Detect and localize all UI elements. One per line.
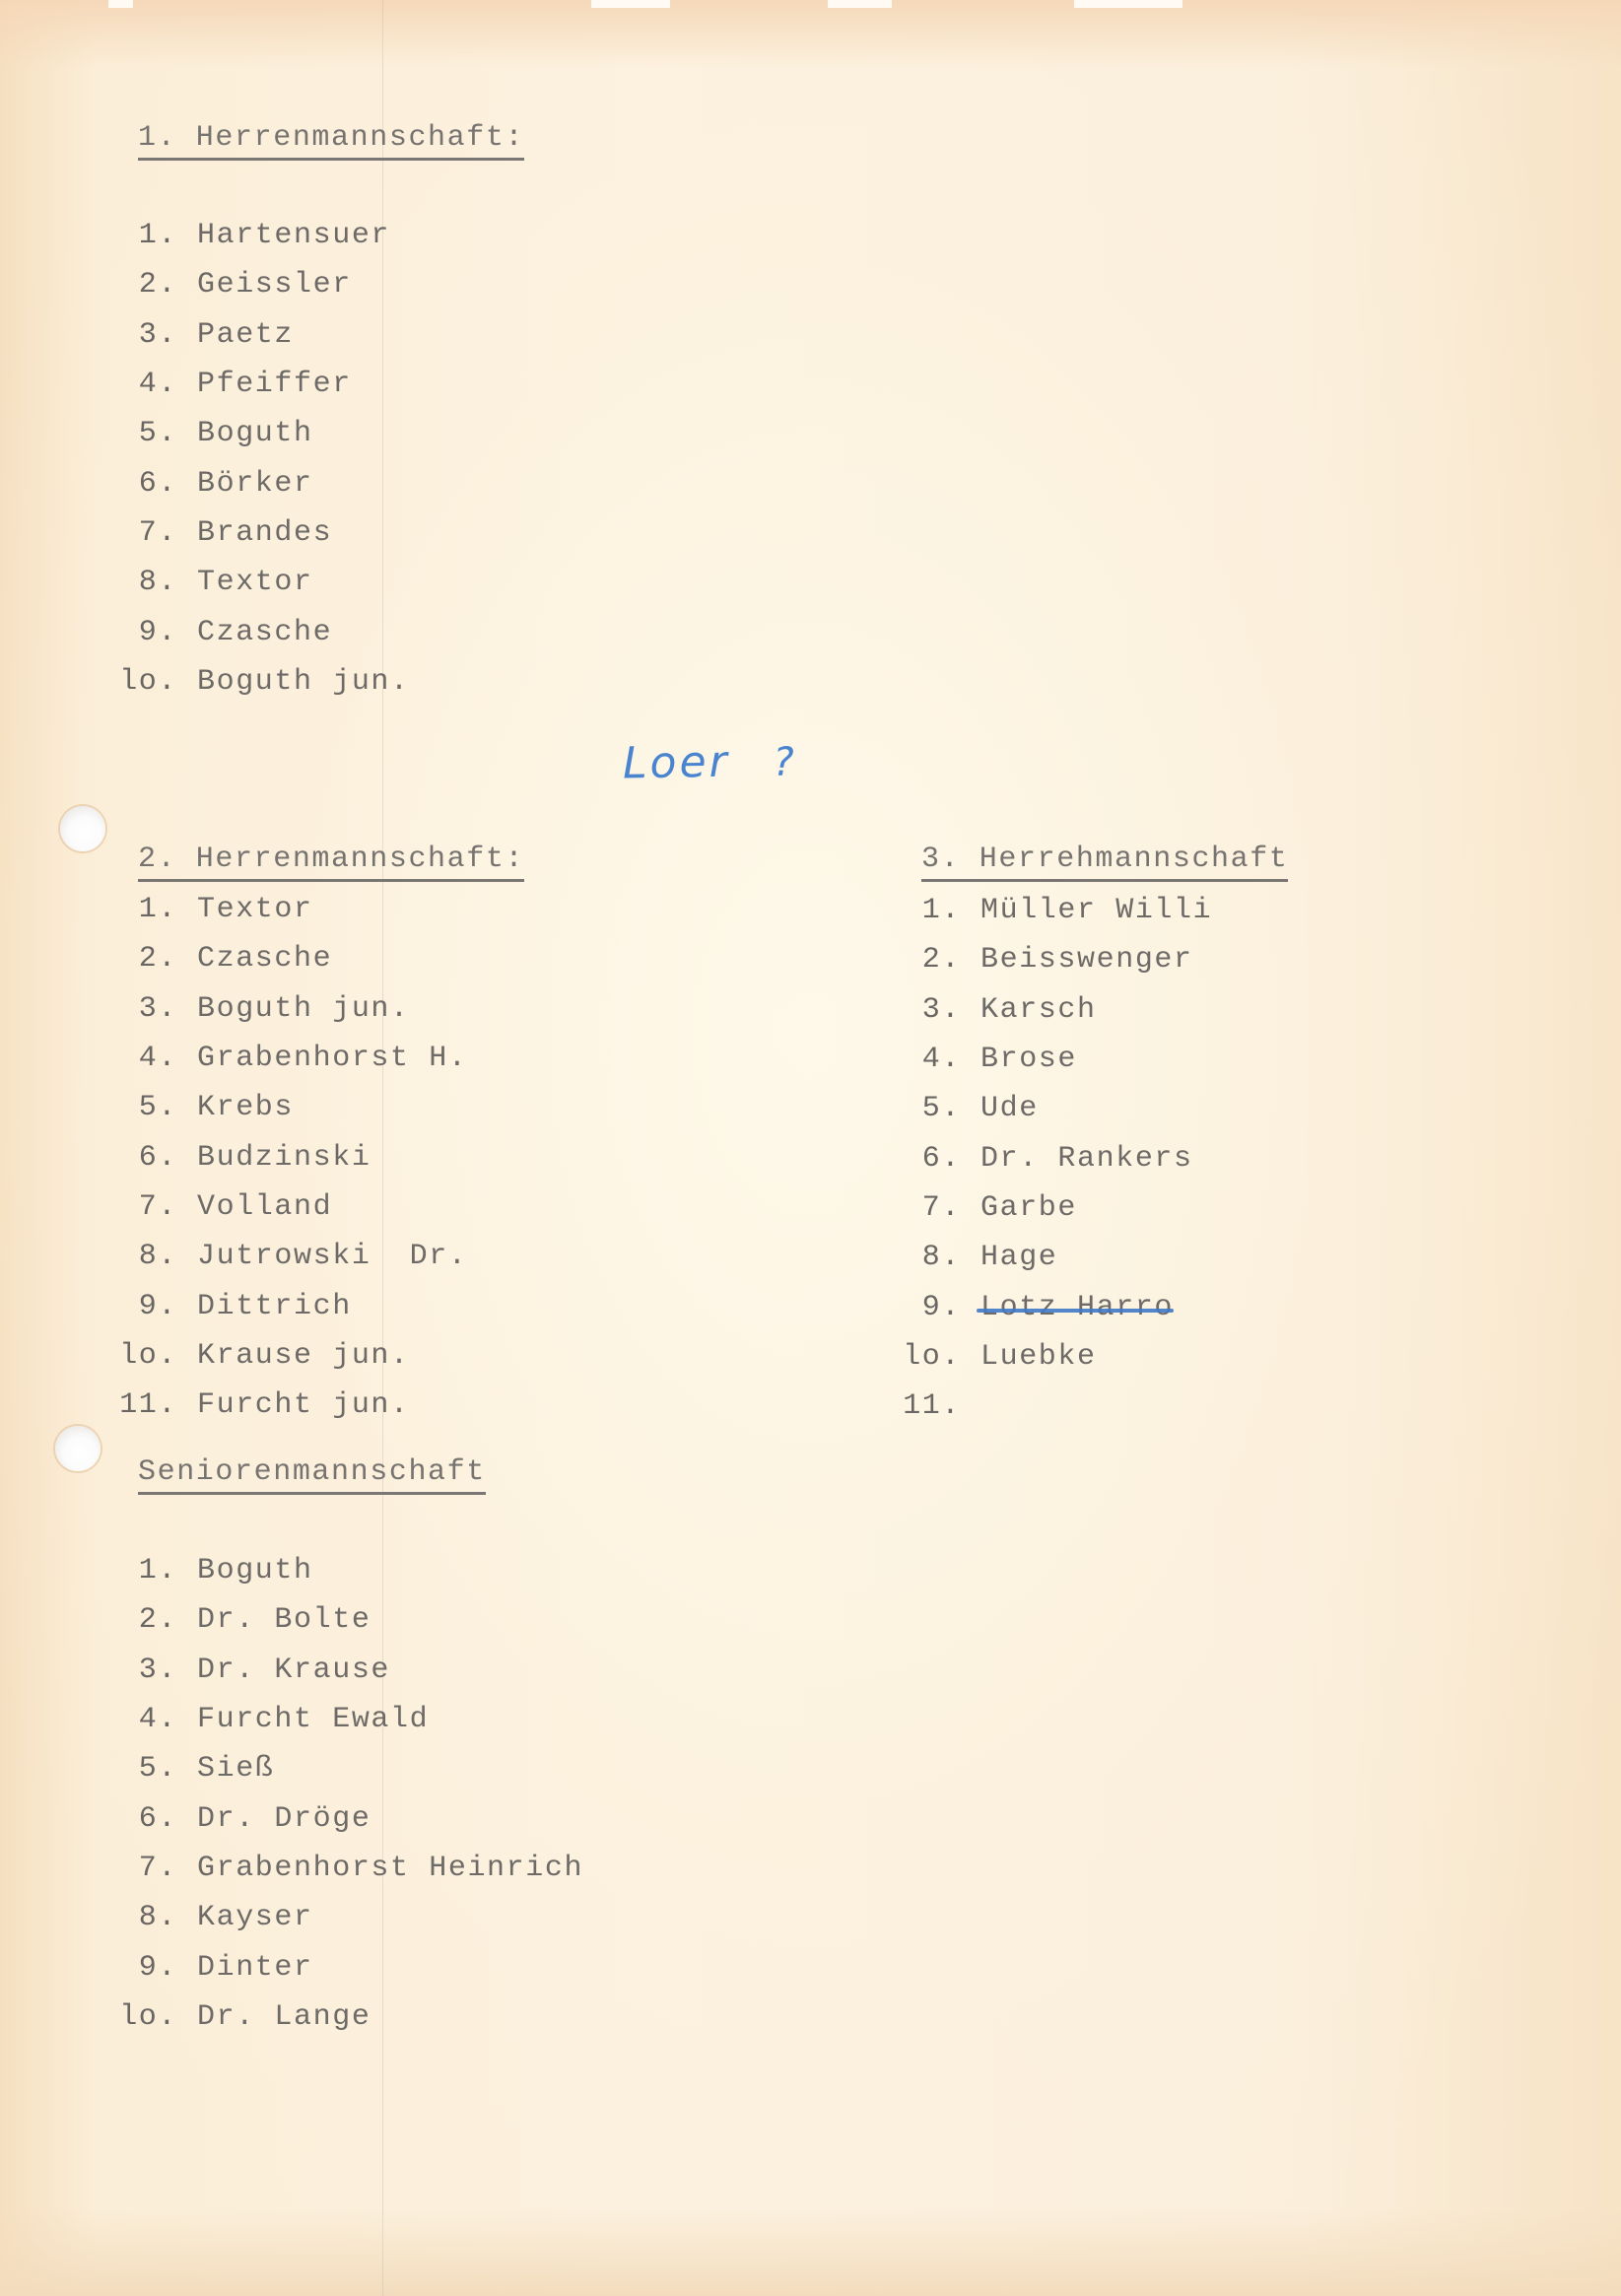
item-number: 3. [99,1654,177,1687]
list-item: 8.Jutrowski Dr. [99,1232,467,1281]
item-number: 6. [99,467,177,501]
list-item: 7.Grabenhorst Heinrich [99,1844,583,1893]
item-number: 3. [882,993,961,1027]
item-number: lo. [882,1340,961,1374]
player-name: Jutrowski Dr. [197,1240,467,1273]
list-item: 7.Garbe [882,1183,1212,1233]
punch-hole-icon [60,806,105,851]
player-name: Dr. Lange [197,2000,371,2034]
item-number: 9. [882,1291,961,1324]
list-item: 4.Furcht Ewald [99,1695,583,1744]
item-number: 2. [99,942,177,976]
list-item: lo.Krause jun. [99,1331,467,1381]
item-number: 11. [882,1389,961,1423]
item-number: 3. [99,318,177,352]
player-name: Czasche [197,942,332,976]
list-item: lo.Luebke [882,1332,1212,1382]
list-item-struck: 9.Lotz Harro [882,1282,1212,1331]
seniors-heading: Seniorenmannschaft [138,1452,486,1495]
list-item: 5.Sieß [99,1744,583,1793]
player-name: Furcht Ewald [197,1703,429,1736]
item-number: 7. [99,1190,177,1224]
player-name: Hartensuer [197,219,390,252]
player-name: Budzinski [197,1141,371,1175]
player-name: Brandes [197,516,332,550]
item-number: 11. [99,1388,177,1422]
player-name: Sieß [197,1752,274,1786]
item-number: 7. [99,1852,177,1885]
player-name: Müller Willi [980,894,1212,927]
list-item: lo.Boguth jun. [99,657,410,707]
item-number: 5. [882,1092,961,1125]
list-item: 4.Brose [882,1035,1212,1084]
item-number: 8. [882,1241,961,1274]
item-number: 1. [99,219,177,252]
player-name: Dittrich [197,1290,352,1323]
list-item: 3.Boguth jun. [99,984,467,1034]
player-name: Boguth jun. [197,665,410,699]
seniors-list: 1.Boguth 2.Dr. Bolte 3.Dr. Krause 4.Furc… [99,1546,583,2042]
player-name: Ude [980,1092,1039,1125]
list-item: 8.Textor [99,558,410,607]
player-name: Börker [197,467,313,501]
item-number: 1. [99,1554,177,1587]
player-name: Luebke [980,1340,1097,1374]
item-number: 2. [882,943,961,977]
item-number: lo. [99,665,177,699]
seniors-section: Seniorenmannschaft [138,1452,486,1495]
player-name: Paetz [197,318,294,352]
list-item: 6.Dr. Rankers [882,1133,1212,1182]
player-name: Krause jun. [197,1339,410,1373]
player-name: Textor [197,893,313,926]
list-item: 3.Paetz [99,310,410,360]
list-item: 3.Dr. Krause [99,1646,583,1695]
list-item: 2.Czasche [99,934,467,983]
item-number: 1. [99,893,177,926]
list-item: 1.Boguth [99,1546,583,1595]
list-item: 5.Krebs [99,1083,467,1132]
player-name: Pfeiffer [197,368,352,401]
team1-heading: 1. Herrenmannschaft: [138,118,524,161]
list-item: 7.Volland [99,1182,467,1232]
item-number: 6. [99,1141,177,1175]
player-name: Grabenhorst Heinrich [197,1852,583,1885]
item-number: 8. [99,566,177,599]
list-item: 6.Budzinski [99,1132,467,1182]
list-item: 3.Karsch [882,985,1212,1035]
handwritten-note: Loer? [623,735,798,788]
player-name: Boguth [197,1554,313,1587]
question-mark-icon: ? [773,739,797,784]
team3-heading: 3. Herrehmannschaft [921,840,1288,882]
list-item: 5.Boguth [99,409,410,458]
item-number: 4. [99,368,177,401]
list-item: 5.Ude [882,1084,1212,1133]
list-item: lo.Dr. Lange [99,1992,583,2042]
list-item: 1.Müller Willi [882,886,1212,935]
team2-section: 2. Herrenmannschaft: [138,840,524,882]
player-name: Dr. Dröge [197,1802,371,1836]
player-name: Textor [197,566,313,599]
player-name: Karsch [980,993,1097,1027]
list-item: 9.Dittrich [99,1281,467,1330]
team2-heading: 2. Herrenmannschaft: [138,840,524,882]
item-number: lo. [99,1339,177,1373]
list-item: 2.Geissler [99,260,410,309]
player-name: Dr. Krause [197,1654,390,1687]
item-number: 9. [99,1290,177,1323]
team1-list: 1.Hartensuer 2.Geissler 3.Paetz 4.Pfeiff… [99,211,410,707]
item-number: 4. [99,1042,177,1075]
player-name: Krebs [197,1091,294,1124]
item-number: 2. [99,1603,177,1637]
team3-section: 3. Herrehmannschaft [921,840,1288,882]
list-item: 9.Czasche [99,607,410,656]
item-number: 9. [99,616,177,649]
list-item: 1.Textor [99,885,467,934]
item-number: 6. [99,1802,177,1836]
team3-list: 1.Müller Willi 2.Beisswenger 3.Karsch 4.… [882,886,1212,1431]
struck-player-name: Lotz Harro [980,1291,1174,1324]
player-name: Dr. Bolte [197,1603,371,1637]
player-name: Dr. Rankers [980,1142,1193,1176]
list-item: 6.Dr. Dröge [99,1793,583,1843]
team2-list: 1.Textor 2.Czasche 3.Boguth jun. 4.Grabe… [99,885,467,1430]
item-number: 7. [99,516,177,550]
item-number: 1. [882,894,961,927]
player-name: Beisswenger [980,943,1193,977]
item-number: 9. [99,1951,177,1985]
player-name: Hage [980,1241,1057,1274]
list-item: 6.Börker [99,458,410,507]
list-item: 11.Furcht jun. [99,1381,467,1430]
player-name: Boguth jun. [197,992,410,1026]
player-name: Brose [980,1043,1077,1076]
item-number: 4. [99,1703,177,1736]
player-name: Boguth [197,417,313,450]
item-number: 5. [99,417,177,450]
player-name: Furcht jun. [197,1388,410,1422]
list-item: 9.Dinter [99,1942,583,1992]
item-number: 3. [99,992,177,1026]
item-number: 4. [882,1043,961,1076]
list-item: 4.Grabenhorst H. [99,1034,467,1083]
player-name: Grabenhorst H. [197,1042,467,1075]
list-item: 4.Pfeiffer [99,360,410,409]
item-number: 5. [99,1752,177,1786]
player-name: Dinter [197,1951,313,1985]
player-name: Geissler [197,268,352,302]
handwritten-note-text: Loer [623,737,730,789]
player-name: Kayser [197,1901,313,1934]
player-name: Garbe [980,1191,1077,1225]
list-item-empty: 11. [882,1382,1212,1431]
punch-hole-icon [55,1426,101,1471]
list-item: 1.Hartensuer [99,211,410,260]
item-number: 6. [882,1142,961,1176]
torn-top-edge [0,0,1621,8]
list-item: 8.Kayser [99,1893,583,1942]
item-number: 8. [99,1901,177,1934]
item-number: 7. [882,1191,961,1225]
item-number: 8. [99,1240,177,1273]
item-number: 5. [99,1091,177,1124]
item-number: 2. [99,268,177,302]
list-item: 8.Hage [882,1233,1212,1282]
team1-section: 1. Herrenmannschaft: [138,118,524,161]
player-name: Volland [197,1190,332,1224]
item-number: lo. [99,2000,177,2034]
list-item: 2.Dr. Bolte [99,1595,583,1645]
player-name: Czasche [197,616,332,649]
list-item: 2.Beisswenger [882,935,1212,984]
list-item: 7.Brandes [99,508,410,558]
